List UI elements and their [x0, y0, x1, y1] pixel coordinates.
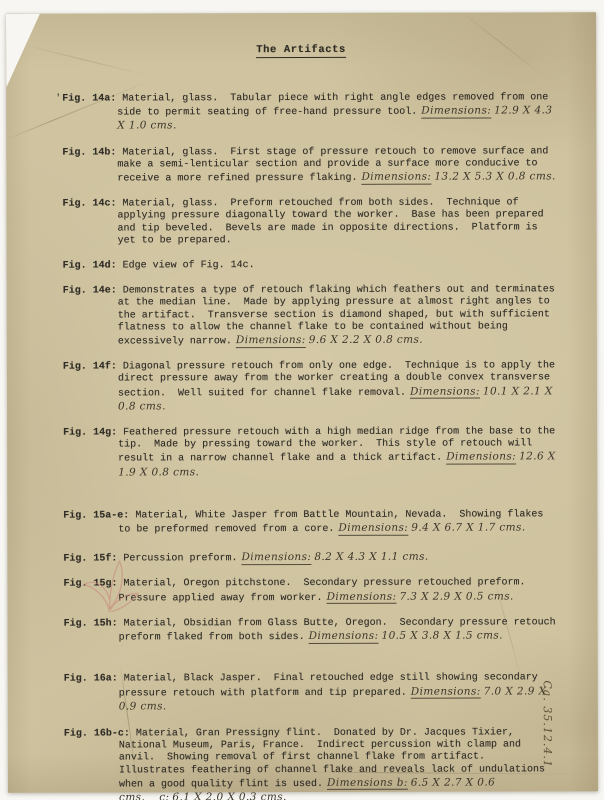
dimensions-label: Dimensions:: [410, 385, 480, 399]
red-pencil-doodle: [79, 557, 141, 615]
handwritten-dimensions: Dimensions:8.2 X 4.3 X 1.1 cms.: [241, 551, 428, 563]
figure-entry: Fig. 14e: Demonstrates a type of retouch…: [118, 285, 559, 349]
handwritten-dimensions: c:6.1 X 2.0 X 0.3 cms.: [159, 791, 287, 800]
figure-entry: Fig. 16b-c: Material, Gran Pressigny fli…: [119, 727, 560, 800]
dimensions-value: 13.2 X 5.3 X 0.8 cms.: [434, 170, 555, 182]
handwritten-dimensions: Dimensions:13.2 X 5.3 X 0.8 cms.: [361, 170, 555, 183]
figure-entry: Fig. 14b: Material, glass. First stage o…: [117, 146, 558, 186]
figure-entry: Fig. 14d: Edge view of Fig. 14c.: [118, 259, 559, 272]
dimensions-value: 9.6 X 2.2 X 0.8 cms.: [309, 334, 423, 346]
handwritten-dimensions: Dimensions:7.3 X 2.9 X 0.5 cms.: [327, 590, 514, 602]
figure-label: Fig. 14e:: [63, 286, 117, 297]
dimensions-label: Dimensions:: [236, 334, 306, 348]
handwritten-dimensions: Dimensions:10.5 X 3.8 X 1.5 cms.: [309, 630, 503, 643]
figure-entry: Fig. 15a-e: Material, White Jasper from …: [118, 509, 559, 537]
dimensions-value: 9.4 X 6.7 X 1.7 cms.: [411, 521, 525, 533]
figure-label: Fig. 14b:: [62, 147, 116, 158]
figure-label: Fig. 16a:: [64, 674, 118, 685]
dimensions-label: Dimensions:: [446, 451, 516, 465]
figure-entry: Fig. 15h: Material, Obsidian from Glass …: [119, 617, 560, 645]
dimensions-label: Dimensions:: [309, 630, 379, 644]
figure-entry: Fig. 16a: Material, Black Jasper. Final …: [119, 673, 560, 715]
dimensions-value: 10.5 X 3.8 X 1.5 cms.: [382, 630, 503, 642]
figure-label: Fig. 14d:: [63, 261, 117, 272]
dimensions-label: Dimensions:: [327, 590, 397, 604]
figure-label: Fig. 15a-e:: [63, 510, 129, 521]
figure-entry: Fig. 15g: Material, Oregon pitchstone. S…: [118, 578, 559, 606]
dimensions-label: Dimensions:: [411, 685, 481, 699]
figure-list: Fig. 14a: Material, glass. Tabular piece…: [6, 92, 598, 800]
dimensions-label: c:: [159, 791, 169, 800]
figure-entry: Fig. 14g: Feathered pressure retouch wit…: [118, 426, 559, 480]
handwritten-dimensions: Dimensions:9.6 X 2.2 X 0.8 cms.: [236, 334, 423, 346]
dimensions-value: 6.1 X 2.0 X 0.3 cms.: [172, 791, 286, 800]
figure-entry: Fig. 14a: Material, glass. Tabular piece…: [117, 92, 558, 134]
figure-label: Fig. 14g:: [63, 428, 117, 439]
handwritten-dimensions: Dimensions:9.4 X 6.7 X 1.7 cms.: [338, 521, 525, 533]
dimensions-label: Dimensions:: [361, 171, 431, 185]
figure-entry: Fig. 14f: Diagonal pressure retouch from…: [118, 361, 559, 415]
figure-label: Fig. 14c:: [62, 199, 116, 210]
stray-mark: ': [55, 94, 61, 105]
figure-entry: Fig. 14c: Material, glass. Preform retou…: [117, 198, 558, 248]
dimensions-value: 8.2 X 4.3 X 1.1 cms.: [314, 551, 428, 563]
figure-description: Material, glass. Preform retouched from …: [116, 198, 549, 247]
page-title: The Artifacts: [6, 12, 596, 57]
figure-entry: Fig. 15f: Percussion preform.Dimensions:…: [118, 551, 559, 566]
figure-description: Edge view of Fig. 14c.: [117, 260, 255, 271]
dimensions-label: Dimensions:: [338, 522, 408, 536]
accession-number-note: Ca. 35.12.4.1: [541, 680, 554, 767]
dimensions-label: Dimensions b:: [327, 776, 408, 790]
figure-label: Fig. 16b-c:: [64, 728, 130, 739]
figure-label: Fig. 14a:: [62, 93, 116, 104]
scanned-page: ' The Artifacts Fig. 14a: Material, glas…: [6, 12, 598, 793]
dimensions-label: Dimensions:: [421, 105, 491, 119]
figure-label: Fig. 14f:: [63, 362, 117, 373]
figure-label: Fig. 15h:: [64, 618, 118, 629]
dimensions-label: Dimensions:: [241, 551, 311, 565]
